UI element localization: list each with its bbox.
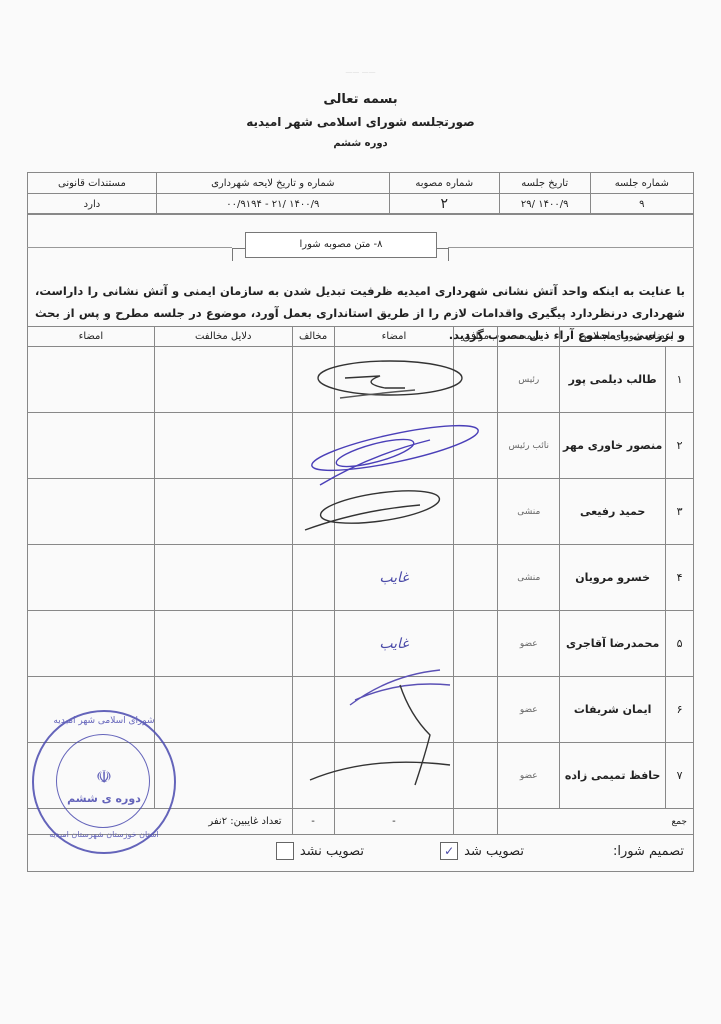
divider-right: [448, 247, 694, 248]
row-number: ۳: [666, 479, 694, 545]
section-title-banner: ۸- متن مصوبه شورا: [245, 232, 437, 258]
legal-documents: دارد: [28, 194, 157, 215]
signature-2-cell: [28, 545, 155, 611]
rejected-checkbox[interactable]: [276, 842, 294, 860]
header-signature-2: امضاء: [28, 327, 155, 347]
reasons-cell: [154, 611, 292, 677]
header-members: اعضای شورای اسلامی: [560, 327, 694, 347]
stamp-top-text: شورای اسلامی شهر امیدیه: [34, 716, 174, 726]
member-name: ایمان شریفات: [560, 677, 666, 743]
reasons-cell: [154, 347, 292, 413]
header-agree: موافق: [454, 327, 498, 347]
bill-number-date: ۱۴۰۰/۹ /۲۱ - ۰۰/۹۱۹۴: [156, 194, 389, 215]
signature-2-cell: [28, 611, 155, 677]
rejected-label: تصویب نشد: [300, 844, 364, 859]
meeting-info-value-row: ۹ ۱۴۰۰/۹ /۲۹ ۲ ۱۴۰۰/۹ /۲۱ - ۰۰/۹۱۹۴ دارد: [28, 194, 694, 215]
header-signature: امضاء: [334, 327, 454, 347]
resolution-number: ۲: [389, 194, 499, 215]
approved-checkbox[interactable]: ✓: [440, 842, 458, 860]
member-name: طالب دیلمی پور: [560, 347, 666, 413]
official-stamp: شورای اسلامی شهر امیدیه ☫ دوره ی ششم است…: [32, 710, 176, 854]
row-number: ۴: [666, 545, 694, 611]
session-number: ۹: [590, 194, 693, 215]
member-role: عضو: [498, 743, 560, 809]
header-position: سمت: [498, 327, 560, 347]
reasons-cell: [154, 479, 292, 545]
header-oppose: مخالف: [292, 327, 334, 347]
signature-2-cell: [28, 347, 155, 413]
emblem-icon: ☫: [34, 767, 174, 788]
reasons-cell: [154, 677, 292, 743]
meeting-info-header-row: شماره جلسه تاریخ جلسه شماره مصوبه شماره …: [28, 173, 694, 194]
council-term: دوره ششم: [0, 138, 721, 149]
sum-label: جمع: [498, 809, 694, 835]
handwritten-signatures: [300, 345, 500, 795]
header-session-number: شماره جلسه: [590, 173, 693, 194]
sum-oppose: -: [292, 809, 334, 835]
session-date: ۱۴۰۰/۹ /۲۹: [499, 194, 590, 215]
member-role: عضو: [498, 611, 560, 677]
rejected-option[interactable]: تصویب نشد: [276, 842, 364, 860]
row-number: ۲: [666, 413, 694, 479]
row-number: ۷: [666, 743, 694, 809]
row-number: ۵: [666, 611, 694, 677]
header-legal-documents: مستندات قانونی: [28, 173, 157, 194]
divider-left: [27, 247, 232, 248]
stamp-middle-text: دوره ی ششم: [34, 792, 174, 805]
meeting-info-table: شماره جلسه تاریخ جلسه شماره مصوبه شماره …: [27, 172, 694, 215]
member-role: منشی: [498, 545, 560, 611]
approved-label: تصویب شد: [464, 844, 524, 859]
member-name: محمدرضا آقاجری: [560, 611, 666, 677]
row-number: ۱: [666, 347, 694, 413]
votes-header-row: اعضای شورای اسلامی سمت موافق امضاء مخالف…: [28, 327, 694, 347]
member-role: منشی: [498, 479, 560, 545]
reasons-cell: [154, 545, 292, 611]
member-name: منصور خاوری مهر: [560, 413, 666, 479]
document-title: صورتجلسه شورای اسلامی شهر امیدیه: [0, 115, 721, 129]
invocation-heading: بسمه تعالی: [0, 92, 721, 107]
header-session-date: تاریخ جلسه: [499, 173, 590, 194]
member-role: نائب رئیس: [498, 413, 560, 479]
decision-label: تصمیم شورا:: [613, 844, 684, 859]
header-reasons: دلایل مخالفت: [154, 327, 292, 347]
sum-agree: [454, 809, 498, 835]
header-bill-number-date: شماره و تاریخ لایحه شهرداری: [156, 173, 389, 194]
member-role: عضو: [498, 677, 560, 743]
member-name: حافظ تمیمی زاده: [560, 743, 666, 809]
signature-2-cell: [28, 479, 155, 545]
faded-header-text: —— ——: [0, 68, 721, 76]
member-name: خسرو مرویان: [560, 545, 666, 611]
approved-option[interactable]: تصویب شد ✓: [440, 842, 524, 860]
signature-2-cell: [28, 413, 155, 479]
stamp-bottom-text: استان خوزستان شهرستان امیدیه: [34, 830, 174, 839]
row-number: ۶: [666, 677, 694, 743]
reasons-cell: [154, 413, 292, 479]
member-role: رئیس: [498, 347, 560, 413]
sum-signature: -: [334, 809, 454, 835]
header-resolution-number: شماره مصوبه: [389, 173, 499, 194]
member-name: حمید رفیعی: [560, 479, 666, 545]
